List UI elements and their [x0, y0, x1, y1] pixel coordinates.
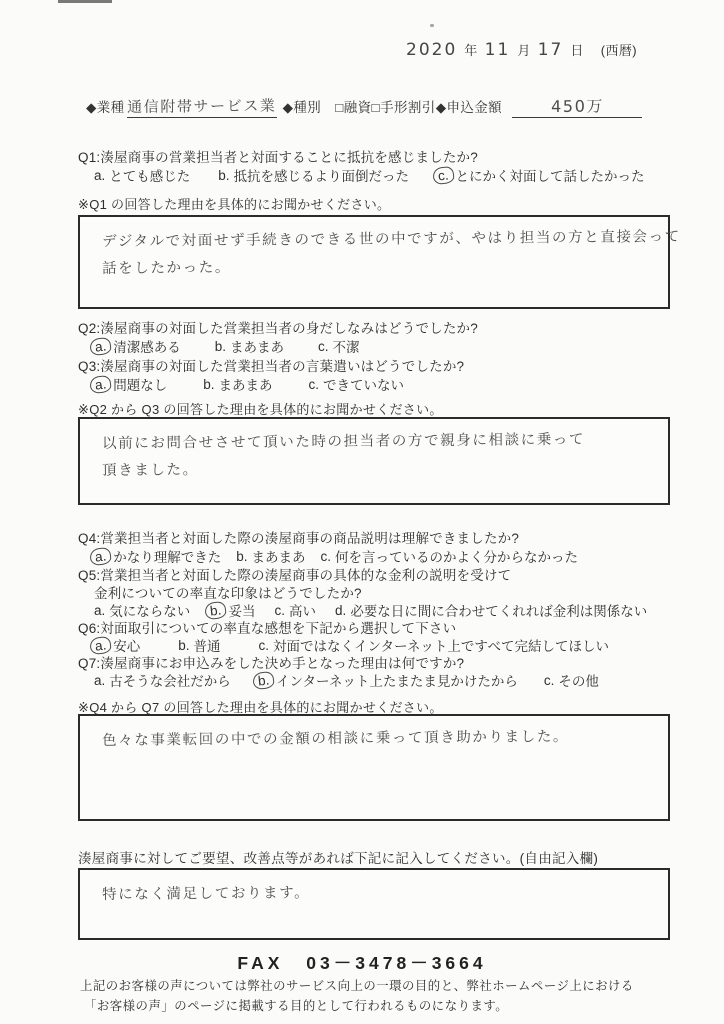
- comment2-line2: 頂きました。: [102, 453, 654, 485]
- date-line: 2020 年 11 月 17 日 (西暦): [406, 40, 637, 60]
- option-q1-c: c.とにかく対面して話したかった: [437, 165, 645, 185]
- option-key: b.: [218, 168, 229, 183]
- option-q3-a: a.問題なし: [94, 374, 167, 394]
- option-q1-a: a.とても感じた: [94, 165, 190, 185]
- option-q3-c: c.できていない: [309, 374, 405, 394]
- option-key: b.: [215, 339, 226, 354]
- category-checkboxes: □融資□手形割引: [335, 96, 436, 116]
- free-entry-prompt: 湊屋商事に対してご要望、改善点等があれば下記に記入してください。(自由記入欄): [78, 847, 598, 867]
- option-q2-c: c.不潔: [318, 336, 360, 356]
- option-key: b.: [203, 377, 214, 392]
- category-label: ◆種別: [283, 96, 322, 116]
- free-entry-box: 特になく満足しております。: [78, 868, 670, 940]
- option-label: まあまあ: [230, 336, 284, 356]
- q5-title-line2: 金利についての率直な印象はどうでしたか?: [94, 582, 362, 602]
- amount-field: 450万: [512, 94, 642, 118]
- option-key: a.: [89, 336, 112, 355]
- q2-options: a.清潔感ある b.まあまあ c.不潔: [94, 336, 360, 356]
- option-key: a.: [94, 673, 105, 688]
- amount-label: ◆申込金額: [436, 96, 502, 116]
- date-year-value: 2020: [406, 40, 457, 60]
- option-key: c.: [544, 673, 555, 688]
- comment2-prompt: ※Q2 から Q3 の回答した理由を具体的にお聞かせください。: [78, 399, 443, 418]
- comment3-line1: 色々な事業転回の中での金額の相談に乗って頂き助かりました。: [102, 723, 654, 755]
- fax-number: 03－3478－3664: [306, 953, 486, 973]
- option-key: a.: [89, 546, 112, 565]
- footer-note: 上記のお客様の声については弊社のサービス向上の一環の目的と、弊社ホームページ上に…: [80, 977, 634, 1017]
- option-label: まあまあ: [252, 546, 306, 566]
- fax-line: FAX 03－3478－3664: [0, 950, 724, 975]
- option-label: インターネット上たまたま見かけたから: [276, 670, 518, 690]
- scan-artifact: [430, 24, 434, 27]
- comment2-box: 以前にお問合せさせて頂いた時の担当者の方で親身に相談に乗って 頂きました。: [78, 417, 670, 505]
- option-label: 問題なし: [113, 374, 167, 394]
- option-label: 不潔: [333, 336, 360, 356]
- q3-options: a.問題なし b.まあまあ c.できていない: [94, 374, 404, 394]
- amount-value: 450万: [551, 94, 604, 117]
- option-key: c.: [259, 638, 270, 653]
- option-label: まあまあ: [219, 374, 273, 394]
- q3-title: Q3:湊屋商事の対面した営業担当者の言葉遣いはどうでしたか?: [78, 355, 464, 375]
- q4-options: a.かなり理解できた b.まあまあ c.何を言っているのかよく分からなかった: [94, 546, 578, 566]
- q7-options: a.古そうな会社だから b.インターネット上たまたま見かけたから c.その他: [94, 670, 599, 690]
- option-q2-b: b.まあまあ: [215, 336, 284, 356]
- option-label: できていない: [323, 374, 404, 394]
- scanned-survey-form: 2020 年 11 月 17 日 (西暦) ◆業種 通信附帯サービス業 ◆種別 …: [0, 0, 724, 1024]
- comment1-box: デジタルで対面せず手続きのできる世の中ですが、やはり担当の方と直接会って 話をし…: [78, 215, 670, 309]
- option-q7-b: b.インターネット上たまたま見かけたから: [257, 670, 518, 690]
- industry-field: 通信附帯サービス業: [127, 96, 277, 118]
- free-entry-line1: 特になく満足しております。: [102, 877, 654, 909]
- scan-artifact: [58, 0, 112, 3]
- option-key: c.: [321, 549, 332, 564]
- q7-title: Q7:湊屋商事にお申込みをした決め手となった理由は何ですか?: [78, 652, 464, 672]
- option-q4-a: a.かなり理解できた: [94, 546, 221, 566]
- option-key: a.: [94, 603, 105, 618]
- option-label: 何を言っているのかよく分からなかった: [335, 546, 578, 566]
- q4-title: Q4:営業担当者と対面した際の湊屋商事の商品説明は理解できましたか?: [78, 527, 519, 547]
- option-key: c.: [309, 377, 320, 392]
- option-q7-a: a.古そうな会社だから: [94, 670, 231, 690]
- option-label: 抵抗を感じるより面倒だった: [234, 165, 410, 185]
- option-key: d.: [335, 603, 346, 618]
- date-month-label: 月: [517, 40, 530, 59]
- option-key: a.: [94, 168, 105, 183]
- option-key: b.: [236, 549, 247, 564]
- header-line: ◆業種 通信附帯サービス業 ◆種別 □融資□手形割引 ◆申込金額 450万: [86, 94, 642, 118]
- q2-title: Q2:湊屋商事の対面した営業担当者の身だしなみはどうでしたか?: [78, 317, 478, 337]
- option-key: b.: [178, 638, 189, 653]
- option-key: a.: [89, 374, 112, 393]
- option-label: その他: [558, 670, 599, 690]
- footer-note-line2: 「お客様の声」のページに掲載する目的として行われるものになります。: [84, 997, 634, 1017]
- option-label: とても感じた: [109, 165, 190, 185]
- date-month-value: 11: [485, 40, 511, 60]
- footer-note-line1: 上記のお客様の声については弊社のサービス向上の一環の目的と、弊社ホームページ上に…: [80, 977, 634, 997]
- fax-label: FAX: [237, 953, 283, 973]
- comment1-line2: 話をしたかった。: [102, 251, 654, 283]
- option-key: c.: [432, 165, 454, 184]
- q1-options: a.とても感じた b.抵抗を感じるより面倒だった c.とにかく対面して話したかっ…: [94, 165, 645, 185]
- q5-title-line1: Q5:営業担当者と対面した際の湊屋商事の具体的な金利の説明を受けて: [78, 564, 511, 584]
- calendar-note: (西暦): [601, 40, 637, 59]
- option-label: かなり理解できた: [113, 546, 221, 566]
- comment3-box: 色々な事業転回の中での金額の相談に乗って頂き助かりました。: [78, 714, 670, 821]
- option-q7-c: c.その他: [544, 670, 599, 690]
- option-q1-b: b.抵抗を感じるより面倒だった: [218, 165, 409, 185]
- comment1-prompt: ※Q1 の回答した理由を具体的にお聞かせください。: [78, 194, 390, 213]
- date-year-label: 年: [464, 40, 477, 59]
- option-label: とにかく対面して話したかった: [456, 165, 645, 185]
- option-key: c.: [275, 603, 286, 618]
- option-key: b.: [252, 670, 275, 689]
- option-q2-a: a.清潔感ある: [94, 336, 181, 356]
- q1-title: Q1:湊屋商事の営業担当者と対面することに抵抗を感じましたか?: [78, 146, 478, 166]
- option-key: c.: [318, 339, 329, 354]
- option-label: 古そうな会社だから: [109, 670, 231, 690]
- industry-value: 通信附帯サービス業: [127, 95, 277, 117]
- date-day-label: 日: [570, 40, 583, 59]
- industry-label: ◆業種: [86, 96, 125, 116]
- option-q4-c: c.何を言っているのかよく分からなかった: [321, 546, 579, 566]
- q6-title: Q6:対面取引についての率直な感想を下記から選択して下さい: [78, 617, 456, 637]
- option-label: 清潔感ある: [113, 336, 181, 356]
- date-day-value: 17: [538, 40, 564, 60]
- option-q3-b: b.まあまあ: [203, 374, 272, 394]
- option-q4-b: b.まあまあ: [236, 546, 305, 566]
